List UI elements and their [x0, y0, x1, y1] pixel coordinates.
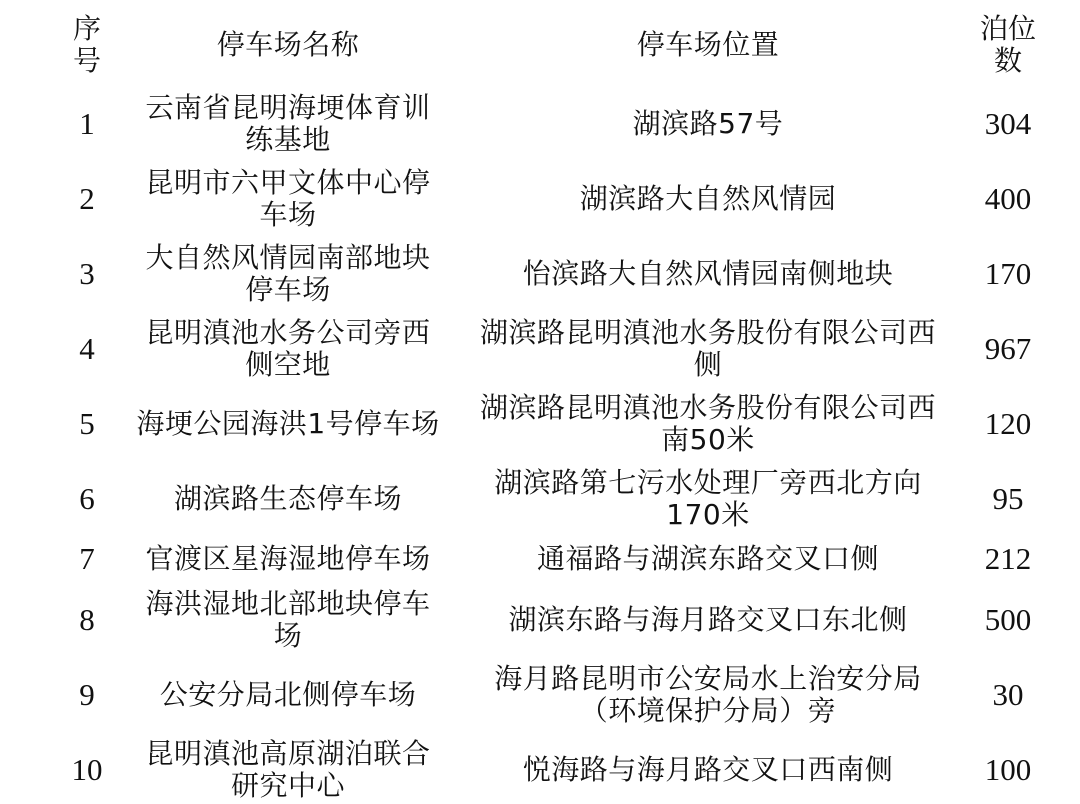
- row-location-line1: 悦海路与海月路交叉口西南侧: [523, 754, 894, 786]
- row-location-line2: 侧: [694, 349, 723, 381]
- row-name-line1: 公安分局北侧停车场: [160, 679, 417, 711]
- row-index: 9: [56, 679, 118, 711]
- row-name: 云南省昆明海埂体育训 练基地: [118, 92, 458, 156]
- row-name-line2: 侧空地: [245, 349, 331, 381]
- row-name-line2: 研究中心: [231, 770, 345, 802]
- header-spaces-line2: 数: [994, 45, 1022, 77]
- row-spaces: 500: [958, 604, 1058, 636]
- row-name-line2: 停车场: [245, 274, 331, 306]
- header-index-line2: 号: [73, 45, 101, 77]
- row-name: 昆明滇池高原湖泊联合 研究中心: [118, 738, 458, 802]
- row-name-line1: 湖滨路生态停车场: [174, 483, 402, 515]
- row-location: 湖滨路57号: [458, 108, 958, 140]
- row-spaces: 100: [958, 754, 1058, 786]
- row-index: 7: [56, 543, 118, 575]
- row-location: 湖滨路第七污水处理厂旁西北方向 170米: [458, 467, 958, 531]
- row-name-line2: 练基地: [245, 124, 331, 156]
- row-name-line2: 车场: [259, 199, 316, 231]
- table-row: 4 昆明滇池水务公司旁西 侧空地 湖滨路昆明滇池水务股份有限公司西 侧 967: [0, 311, 1080, 386]
- row-location-line1: 湖滨路昆明滇池水务股份有限公司西: [480, 317, 936, 349]
- row-location: 湖滨东路与海月路交叉口东北侧: [458, 604, 958, 636]
- row-name: 大自然风情园南部地块 停车场: [118, 242, 458, 306]
- row-location-line1: 通福路与湖滨东路交叉口侧: [537, 543, 879, 575]
- table-header-row: 序 号 停车场名称 停车场位置 泊位 数: [0, 0, 1080, 86]
- header-index-line1: 序: [73, 13, 101, 45]
- table-row: 8 海洪湿地北部地块停车 场 湖滨东路与海月路交叉口东北侧 500: [0, 582, 1080, 657]
- row-name-line1: 昆明市六甲文体中心停: [145, 167, 430, 199]
- header-name: 停车场名称: [118, 29, 458, 61]
- header-location: 停车场位置: [458, 29, 958, 61]
- table-row: 9 公安分局北侧停车场 海月路昆明市公安局水上治安分局 （环境保护分局）旁 30: [0, 657, 1080, 732]
- row-name: 公安分局北侧停车场: [118, 679, 458, 711]
- row-location: 湖滨路昆明滇池水务股份有限公司西 南50米: [458, 392, 958, 456]
- row-location-line1: 海月路昆明市公安局水上治安分局: [494, 663, 922, 695]
- row-name-line1: 海埂公园海洪1号停车场: [136, 408, 439, 440]
- row-name: 海埂公园海洪1号停车场: [118, 408, 458, 440]
- row-location: 通福路与湖滨东路交叉口侧: [458, 543, 958, 575]
- table-row: 2 昆明市六甲文体中心停 车场 湖滨路大自然风情园 400: [0, 161, 1080, 236]
- row-index: 10: [56, 754, 118, 786]
- row-name-line1: 官渡区星海湿地停车场: [145, 543, 430, 575]
- row-location-line1: 湖滨路第七污水处理厂旁西北方向: [494, 467, 922, 499]
- row-location: 湖滨路大自然风情园: [458, 183, 958, 215]
- row-spaces: 304: [958, 108, 1058, 140]
- row-spaces: 967: [958, 333, 1058, 365]
- row-location: 海月路昆明市公安局水上治安分局 （环境保护分局）旁: [458, 663, 958, 727]
- row-location-line1: 怡滨路大自然风情园南侧地块: [523, 258, 894, 290]
- table-row: 10 昆明滇池高原湖泊联合 研究中心 悦海路与海月路交叉口西南侧 100: [0, 732, 1080, 804]
- row-name-line1: 云南省昆明海埂体育训: [145, 92, 430, 124]
- row-location-line2: 170米: [666, 499, 749, 531]
- row-index: 1: [56, 108, 118, 140]
- row-name-line2: 场: [274, 620, 303, 652]
- row-index: 6: [56, 483, 118, 515]
- row-spaces: 95: [958, 483, 1058, 515]
- row-index: 2: [56, 183, 118, 215]
- row-index: 3: [56, 258, 118, 290]
- row-location-line1: 湖滨路57号: [633, 108, 784, 140]
- row-spaces: 120: [958, 408, 1058, 440]
- row-spaces: 400: [958, 183, 1058, 215]
- header-spaces: 泊位 数: [958, 13, 1058, 77]
- row-index: 5: [56, 408, 118, 440]
- row-location-line1: 湖滨路大自然风情园: [580, 183, 837, 215]
- row-location-line2: （环境保护分局）旁: [580, 695, 837, 727]
- row-name: 昆明滇池水务公司旁西 侧空地: [118, 317, 458, 381]
- table-row: 5 海埂公园海洪1号停车场 湖滨路昆明滇池水务股份有限公司西 南50米 120: [0, 386, 1080, 461]
- row-name: 海洪湿地北部地块停车 场: [118, 588, 458, 652]
- row-name-line1: 昆明滇池高原湖泊联合: [145, 738, 430, 770]
- row-spaces: 30: [958, 679, 1058, 711]
- row-location: 悦海路与海月路交叉口西南侧: [458, 754, 958, 786]
- row-name: 官渡区星海湿地停车场: [118, 543, 458, 575]
- row-location: 湖滨路昆明滇池水务股份有限公司西 侧: [458, 317, 958, 381]
- row-name: 湖滨路生态停车场: [118, 483, 458, 515]
- header-index: 序 号: [56, 13, 118, 77]
- row-location-line1: 湖滨路昆明滇池水务股份有限公司西: [480, 392, 936, 424]
- row-name-line1: 大自然风情园南部地块: [145, 242, 430, 274]
- row-name-line1: 海洪湿地北部地块停车: [145, 588, 430, 620]
- row-index: 8: [56, 604, 118, 636]
- row-name: 昆明市六甲文体中心停 车场: [118, 167, 458, 231]
- row-location: 怡滨路大自然风情园南侧地块: [458, 258, 958, 290]
- row-index: 4: [56, 333, 118, 365]
- row-spaces: 170: [958, 258, 1058, 290]
- table-row: 6 湖滨路生态停车场 湖滨路第七污水处理厂旁西北方向 170米 95: [0, 461, 1080, 536]
- row-location-line2: 南50米: [661, 424, 755, 456]
- row-spaces: 212: [958, 543, 1058, 575]
- table-row: 1 云南省昆明海埂体育训 练基地 湖滨路57号 304: [0, 86, 1080, 161]
- row-location-line1: 湖滨东路与海月路交叉口东北侧: [508, 604, 907, 636]
- row-name-line1: 昆明滇池水务公司旁西: [145, 317, 430, 349]
- table-row: 7 官渡区星海湿地停车场 通福路与湖滨东路交叉口侧 212: [0, 536, 1080, 582]
- parking-lot-table: 序 号 停车场名称 停车场位置 泊位 数 1 云南省昆明海埂体育训 练基地 湖滨…: [0, 0, 1080, 804]
- header-spaces-line1: 泊位: [980, 13, 1036, 45]
- table-row: 3 大自然风情园南部地块 停车场 怡滨路大自然风情园南侧地块 170: [0, 236, 1080, 311]
